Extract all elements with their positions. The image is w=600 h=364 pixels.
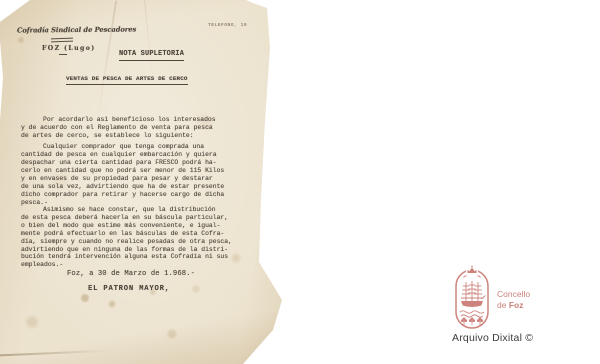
typed-line: día, siempre y cuando no realice pesadas…	[21, 238, 239, 246]
typed-line: mente podrá efectuarlo en las básculas d…	[21, 230, 239, 238]
typed-line: de una sola vez, advirtiendo que ha de e…	[21, 183, 239, 191]
typed-line: Asimismo se hace constar, que la distrib…	[21, 206, 239, 214]
paper-bottom-edge-shadow	[0, 350, 110, 357]
typed-line: de esta pesca deberá hacerla en su báscu…	[21, 214, 239, 222]
typed-line: dicho comprador para retirar y hacerse c…	[21, 191, 239, 199]
paper-crease	[144, 0, 153, 78]
letterhead-organization: Cofradía Sindical de Pescadores	[17, 25, 136, 34]
paper-crease	[97, 1, 117, 118]
typed-line: y en envases de su propiedad para pesar …	[21, 175, 239, 183]
letterhead-dash	[59, 54, 67, 55]
typed-line: Por acordarlo así beneficioso los intere…	[21, 116, 239, 124]
watermark-entity-line2: de Foz	[497, 300, 530, 311]
badge-side-curls	[464, 276, 481, 278]
concello-de-foz-badge	[452, 264, 492, 334]
typed-line: empleados.-	[21, 261, 239, 269]
trees-icon	[461, 318, 482, 325]
typed-line: cantidad de pesca en cualquier embarcaci…	[21, 151, 239, 159]
paper-sheet: Cofradía Sindical de Pescadores FOZ (Lug…	[0, 0, 292, 364]
scanned-document-page: Cofradía Sindical de Pescadores FOZ (Lug…	[0, 0, 600, 364]
letterhead-flourish	[51, 38, 73, 42]
paragraph: Cualquier comprador que tenga comprada u…	[21, 143, 239, 207]
typed-line: despachar una cierta cantidad para FRESC…	[21, 159, 239, 167]
watermark-entity-line1: Concello	[497, 289, 530, 300]
typed-line: cerlo en cantidad que no podrá ser menor…	[21, 167, 239, 175]
paragraph: Asimismo se hace constar, que la distrib…	[21, 206, 239, 269]
typed-line: o bien del modo que estime más convenien…	[21, 222, 239, 230]
document-subtitle: VENTAS DE PESCA DE ARTES DE CERCO	[66, 75, 188, 85]
signature-line: EL PATRON MAYOR,	[88, 285, 170, 293]
dateline: Foz, a 30 de Marzo de 1.968.-	[67, 270, 195, 278]
letterhead-phone: TELEFONO, 19	[208, 23, 247, 28]
paragraph: Por acordarlo así beneficioso los intere…	[21, 116, 239, 140]
typed-line: de artes de cerco, se establece lo sigui…	[21, 132, 239, 140]
letterhead-location: FOZ (Lugo)	[42, 45, 96, 52]
document-title: NOTA SUPLETORIA	[119, 50, 184, 61]
typed-line: Cualquier comprador que tenga comprada u…	[21, 143, 239, 151]
watermark-entity-bold: Foz	[509, 300, 524, 310]
typed-line: y de acuerdo con el Reglamento de venta …	[21, 124, 239, 132]
waves-icon	[460, 311, 484, 317]
watermark-entity: Concello de Foz	[497, 289, 530, 310]
archive-caption: Arquivo Dixital ©	[452, 332, 533, 344]
ship-icon	[461, 281, 486, 307]
